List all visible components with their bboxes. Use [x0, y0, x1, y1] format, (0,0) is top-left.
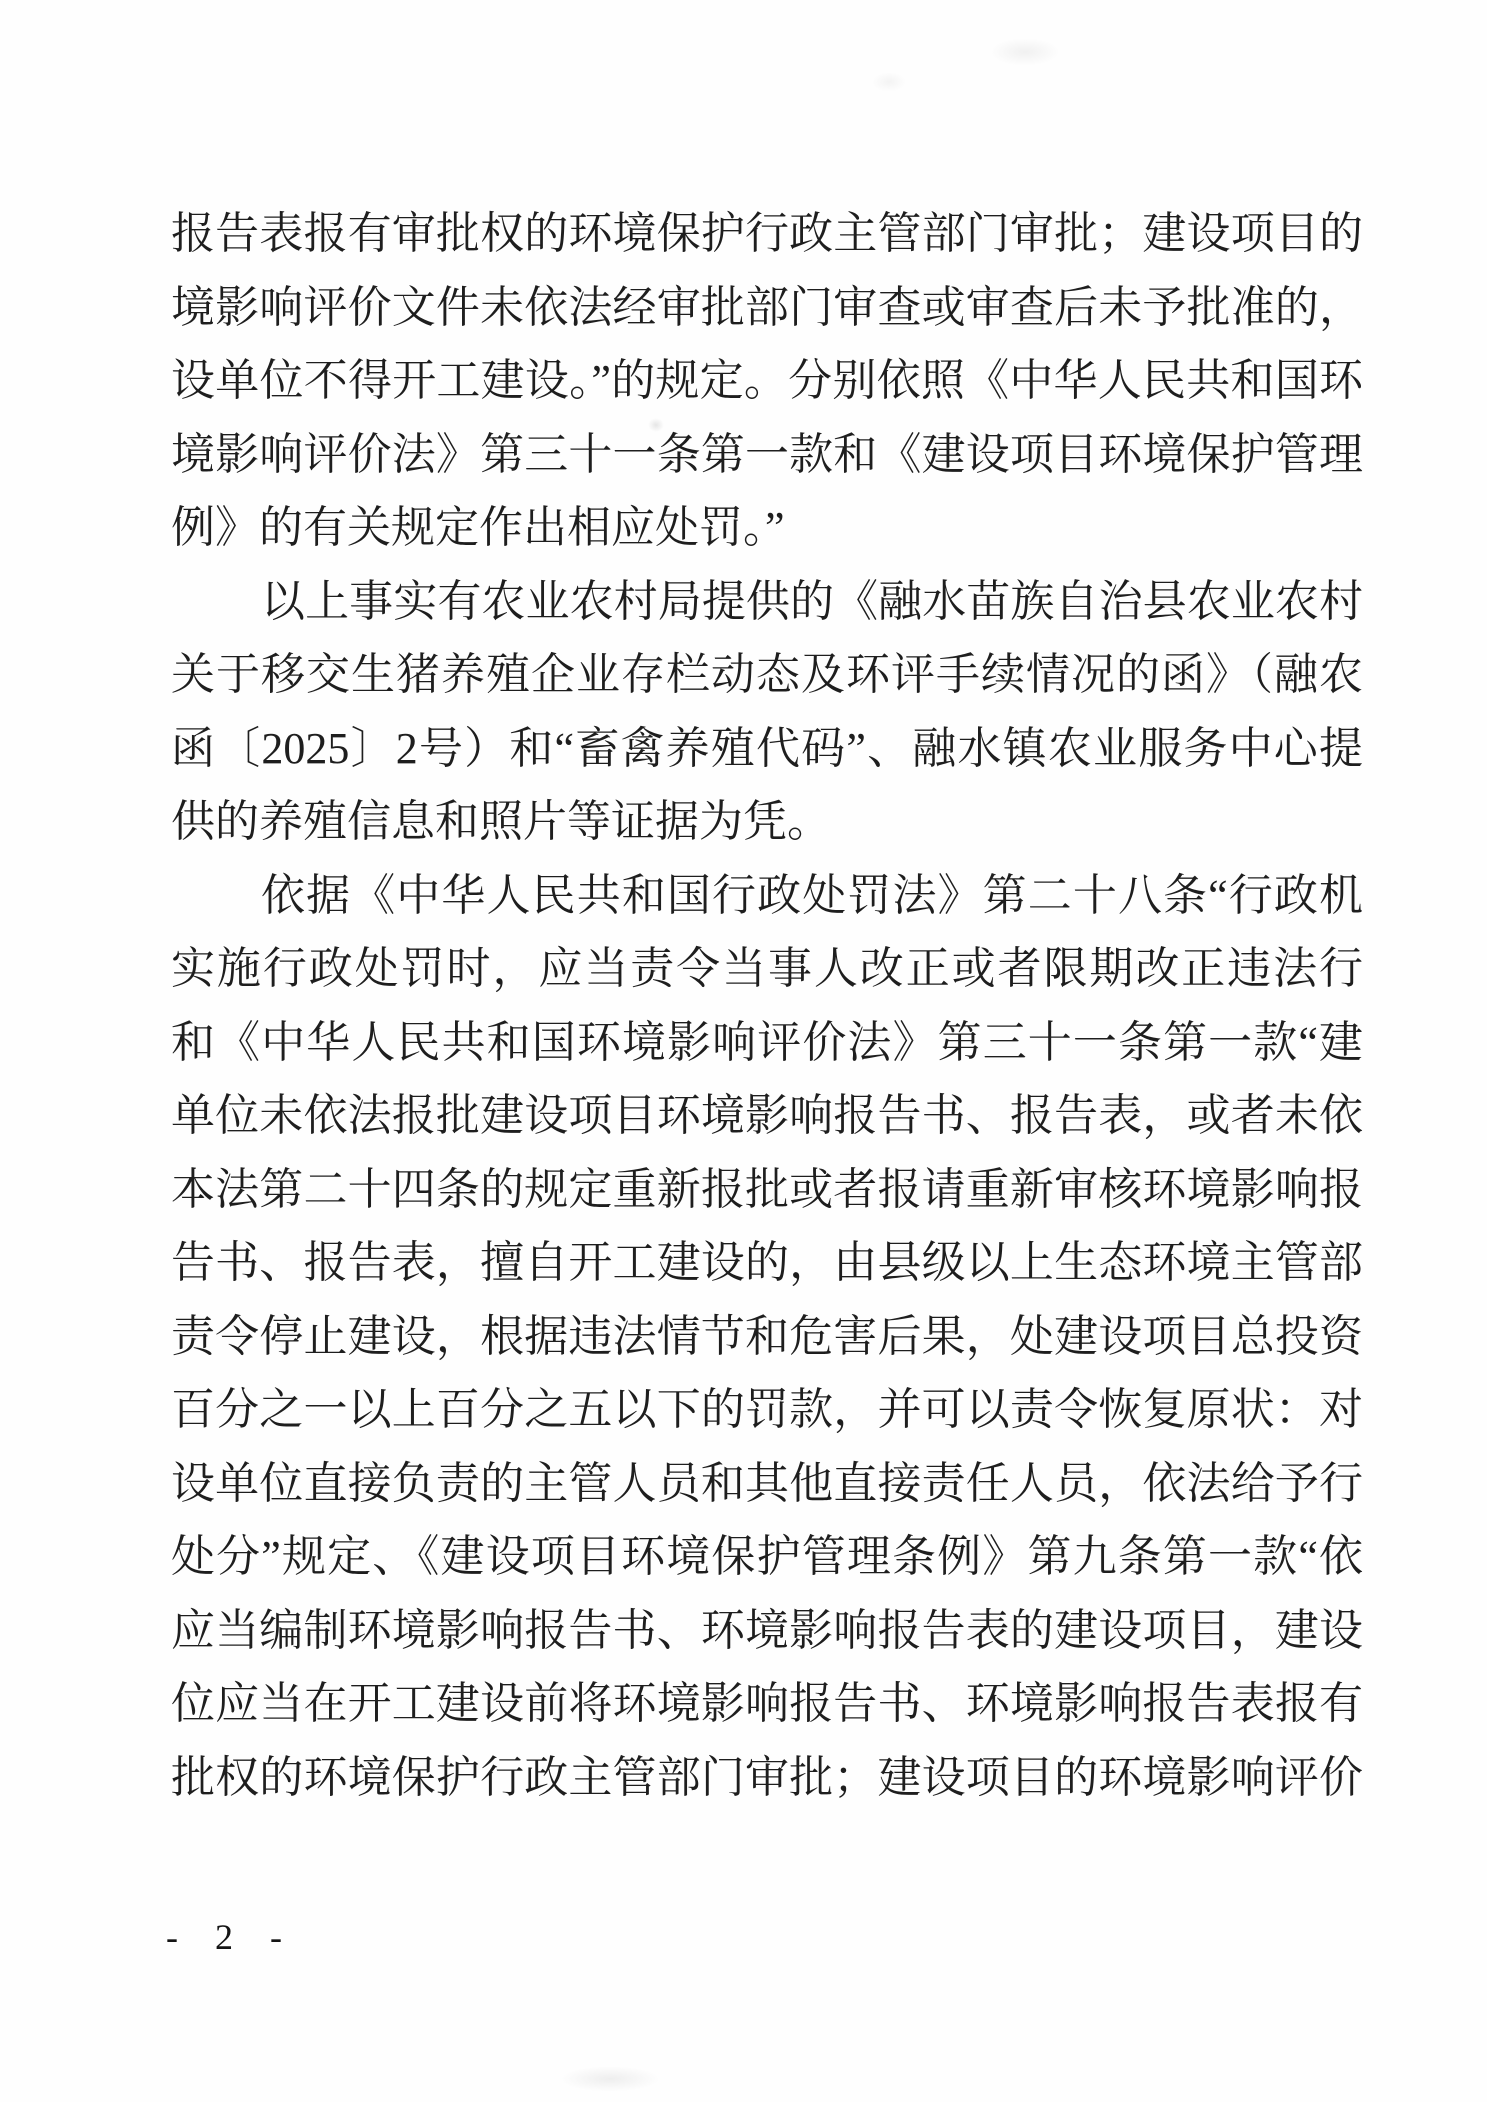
text-line: 境影响评价文件未依法经审批部门审查或审查后未予批准的，建 [171, 271, 1363, 345]
text-line: 关于移交生猪养殖企业存栏动态及环评手续情况的函》（融农业 [171, 638, 1363, 712]
text-line: 设单位直接负责的主管人员和其他直接责任人员，依法给予行政 [171, 1447, 1363, 1521]
text-line: 本法第二十四条的规定重新报批或者报请重新审核环境影响报 [171, 1153, 1363, 1227]
text-line: 供的养殖信息和照片等证据为凭。 [171, 785, 1363, 859]
text-line: 实施行政处罚时，应当责令当事人改正或者限期改正违法行为” [171, 932, 1363, 1006]
text-line: 和《中华人民共和国环境影响评价法》第三十一条第一款“建设 [171, 1006, 1363, 1080]
text-line: 批权的环境保护行政主管部门审批；建设项目的环境影响评价文 [171, 1741, 1363, 1815]
text-line: 以上事实有农业农村局提供的《融水苗族自治县农业农村局 [171, 565, 1363, 639]
text-line: 处分”规定、《建设项目环境保护管理条例》第九条第一款“依法 [171, 1520, 1363, 1594]
text-line: 单位未依法报批建设项目环境影响报告书、报告表，或者未依照 [171, 1079, 1363, 1153]
page-number: - 2 - [166, 1916, 296, 1958]
text-line: 报告表报有审批权的环境保护行政主管部门审批；建设项目的环 [171, 197, 1363, 271]
text-line: 函〔2025〕2号）和“畜禽养殖代码”、融水镇农业服务中心提 [171, 712, 1363, 786]
text-line: 应当编制环境影响报告书、环境影响报告表的建设项目，建设单 [171, 1594, 1363, 1668]
text-line: 设单位不得开工建设。”的规定。分别依照《中华人民共和国环 [171, 344, 1363, 418]
text-line: 告书、报告表，擅自开工建设的，由县级以上生态环境主管部门 [171, 1226, 1363, 1300]
text-line: 百分之一以上百分之五以下的罚款，并可以责令恢复原状：对建 [171, 1373, 1363, 1447]
text-line: 例》的有关规定作出相应处罚。” [171, 491, 1363, 565]
scan-smudge [560, 2066, 660, 2092]
scanned-document-page: 报告表报有审批权的环境保护行政主管部门审批；建设项目的环境影响评价文件未依法经审… [0, 0, 1487, 2102]
text-line: 境影响评价法》第三十一条第一款和《建设项目环境保护管理条 [171, 418, 1363, 492]
text-line: 位应当在开工建设前将环境影响报告书、环境影响报告表报有审 [171, 1667, 1363, 1741]
scan-smudge [872, 72, 906, 92]
text-line: 依据《中华人民共和国行政处罚法》第二十八条“行政机关 [171, 859, 1363, 933]
scan-smudge [990, 38, 1060, 66]
document-body: 报告表报有审批权的环境保护行政主管部门审批；建设项目的环境影响评价文件未依法经审… [171, 197, 1363, 1814]
text-line: 责令停止建设，根据违法情节和危害后果，处建设项目总投资额 [171, 1300, 1363, 1374]
